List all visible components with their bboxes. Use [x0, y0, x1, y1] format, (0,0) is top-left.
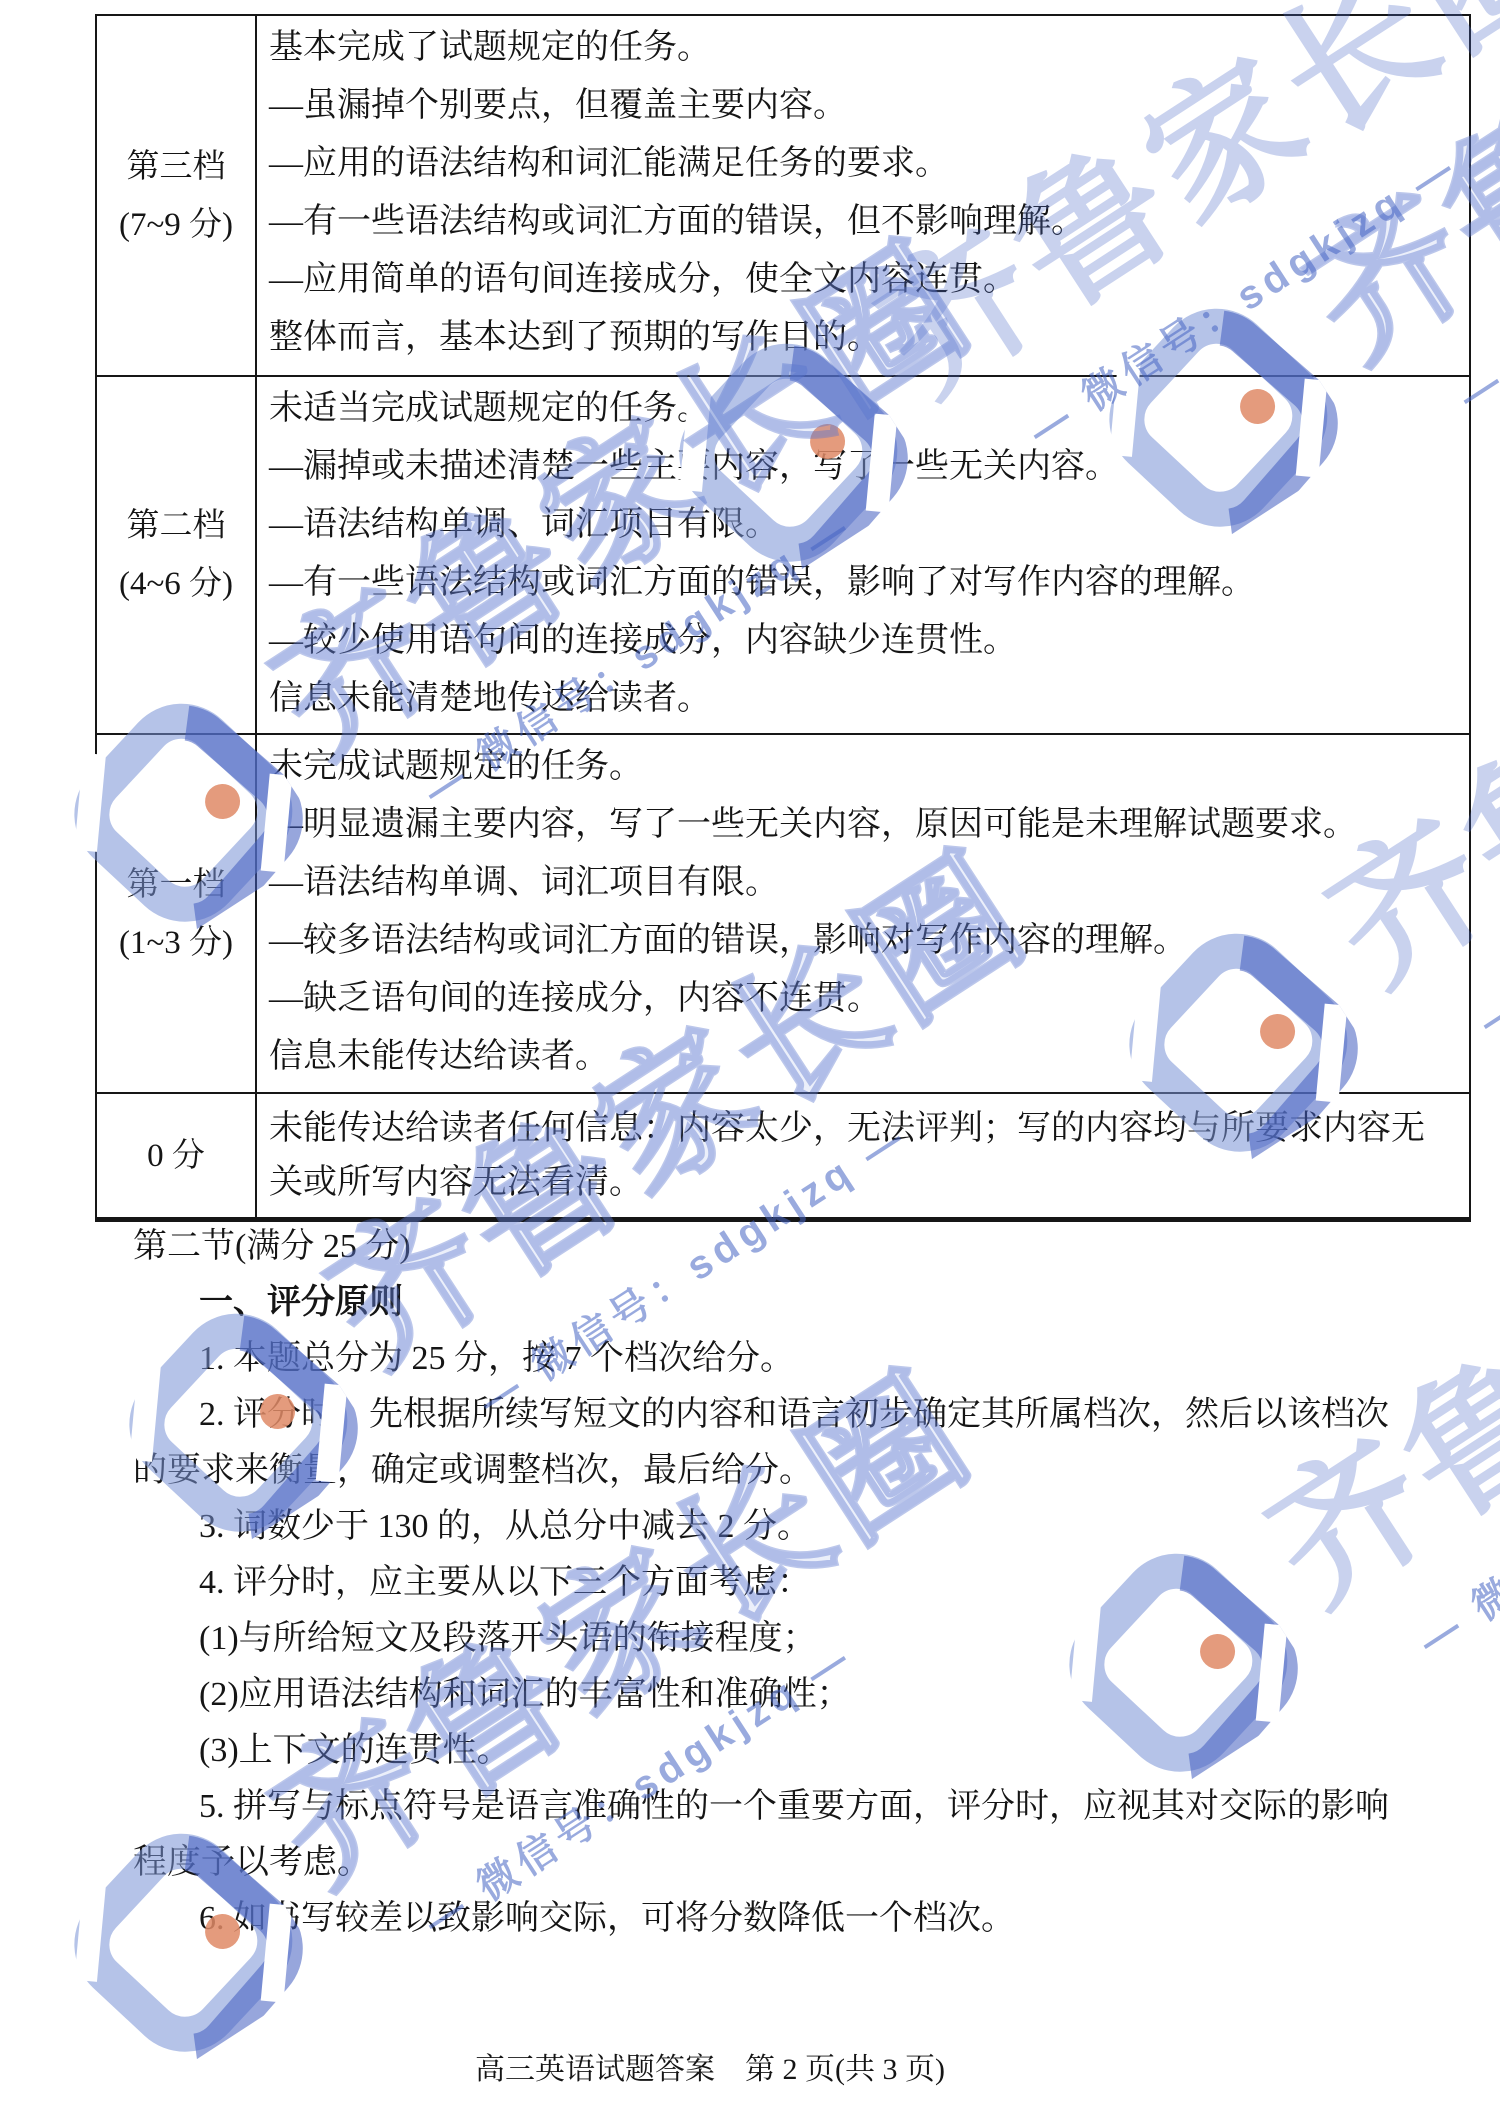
criteria-line: 整体而言，基本达到了预期的写作目的。 [269, 309, 1433, 367]
watermark-wechat: — 微信号：sdgkjzq — [1406, 1346, 1500, 1667]
principle-item-4-sub2: (2)应用语法结构和词汇的丰富性和准确性； [133, 1667, 1407, 1723]
criteria-line: 信息未能传达给读者。 [269, 1028, 1433, 1086]
page-footer: 高三英语试题答案 第 2 页(共 3 页) [0, 2044, 1420, 2088]
criteria-line: —语法结构单调、词汇项目有限。 [269, 854, 1433, 912]
criteria-line: —较多语法结构或词汇方面的错误，影响对写作内容的理解。 [269, 912, 1433, 970]
table-row-band3: 第三档 (7~9 分) 基本完成了试题规定的任务。 —虽漏掉个别要点，但覆盖主要… [97, 16, 1469, 377]
zero-criteria-cell: 未能传达给读者任何信息：内容太少，无法评判；写的内容均与所要求内容无关或所写内容… [257, 1094, 1469, 1217]
criteria-line: —较少使用语句间的连接成分，内容缺少连贯性。 [269, 612, 1433, 670]
principle-item-4-sub1: (1)与所给短文及段落开头语的衔接程度； [133, 1611, 1407, 1667]
band-score-range: (1~3 分) [119, 914, 233, 972]
criteria-line: —虽漏掉个别要点，但覆盖主要内容。 [269, 77, 1433, 135]
criteria-line: 未适当完成试题规定的任务。 [269, 380, 1433, 438]
criteria-line: —语法结构单调、词汇项目有限。 [269, 496, 1433, 554]
table-row-zero: 0 分 未能传达给读者任何信息：内容太少，无法评判；写的内容均与所要求内容无关或… [97, 1094, 1469, 1217]
criteria-line: —明显遗漏主要内容，写了一些无关内容，原因可能是未理解试题要求。 [269, 796, 1433, 854]
principle-item-2: 2. 评分时，先根据所续写短文的内容和语言初步确定其所属档次，然后以该档次的要求… [133, 1387, 1407, 1499]
band-score-range: (7~9 分) [119, 196, 233, 254]
principle-item-4: 4. 评分时，应主要从以下三个方面考虑： [133, 1555, 1407, 1611]
principle-item-3: 3. 词数少于 130 的，从总分中减去 2 分。 [133, 1499, 1407, 1555]
scoring-rubric-table: 第三档 (7~9 分) 基本完成了试题规定的任务。 —虽漏掉个别要点，但覆盖主要… [95, 14, 1471, 1222]
zero-label-cell: 0 分 [97, 1094, 257, 1217]
section-two-body: 第二节(满分 25 分) 一、评分原则 1. 本题总分为 25 分，按 7 个档… [133, 1219, 1407, 1947]
criteria-line: —漏掉或未描述清楚一些主要内容，写了一些无关内容。 [269, 438, 1433, 496]
principles-heading: 一、评分原则 [133, 1275, 1407, 1331]
band-name: 第三档 [127, 138, 226, 196]
criteria-line: 信息未能清楚地传达给读者。 [269, 670, 1433, 728]
band-name: 第一档 [127, 856, 226, 914]
criteria-line: —应用的语法结构和词汇能满足任务的要求。 [269, 135, 1433, 193]
band1-label-cell: 第一档 (1~3 分) [97, 735, 257, 1092]
principle-item-4-sub3: (3)上下文的连贯性。 [133, 1723, 1407, 1779]
section-heading: 第二节(满分 25 分) [133, 1219, 1407, 1275]
criteria-line: 基本完成了试题规定的任务。 [269, 19, 1433, 77]
principle-item-6: 6. 如书写较差以致影响交际，可将分数降低一个档次。 [133, 1891, 1407, 1947]
criteria-line: 未能传达给读者任何信息：内容太少，无法评判；写的内容均与所要求内容无关或所写内容… [269, 1102, 1433, 1210]
principle-item-5: 5. 拼写与标点符号是语言准确性的一个重要方面，评分时，应视其对交际的影响程度予… [133, 1779, 1407, 1891]
criteria-line: —缺乏语句间的连接成分，内容不连贯。 [269, 970, 1433, 1028]
table-row-band2: 第二档 (4~6 分) 未适当完成试题规定的任务。 —漏掉或未描述清楚一些主要内… [97, 377, 1469, 735]
band-name: 第二档 [127, 497, 226, 555]
table-row-band1: 第一档 (1~3 分) 未完成试题规定的任务。 —明显遗漏主要内容，写了一些无关… [97, 735, 1469, 1094]
watermark-wechat: — 微信号：sdgkjzq — [1466, 726, 1500, 1047]
band3-criteria-cell: 基本完成了试题规定的任务。 —虽漏掉个别要点，但覆盖主要内容。 —应用的语法结构… [257, 16, 1469, 375]
criteria-line: —应用简单的语句间连接成分，使全文内容连贯。 [269, 251, 1433, 309]
band1-criteria-cell: 未完成试题规定的任务。 —明显遗漏主要内容，写了一些无关内容，原因可能是未理解试… [257, 735, 1469, 1092]
criteria-line: —有一些语法结构或词汇方面的错误，但不影响理解。 [269, 193, 1433, 251]
principle-item-1: 1. 本题总分为 25 分，按 7 个档次给分。 [133, 1331, 1407, 1387]
band3-label-cell: 第三档 (7~9 分) [97, 16, 257, 375]
band2-label-cell: 第二档 (4~6 分) [97, 377, 257, 733]
band-name: 0 分 [147, 1127, 205, 1185]
criteria-line: 未完成试题规定的任务。 [269, 738, 1433, 796]
band-score-range: (4~6 分) [119, 555, 233, 613]
band2-criteria-cell: 未适当完成试题规定的任务。 —漏掉或未描述清楚一些主要内容，写了一些无关内容。 … [257, 377, 1469, 733]
criteria-line: —有一些语法结构或词汇方面的错误，影响了对写作内容的理解。 [269, 554, 1433, 612]
